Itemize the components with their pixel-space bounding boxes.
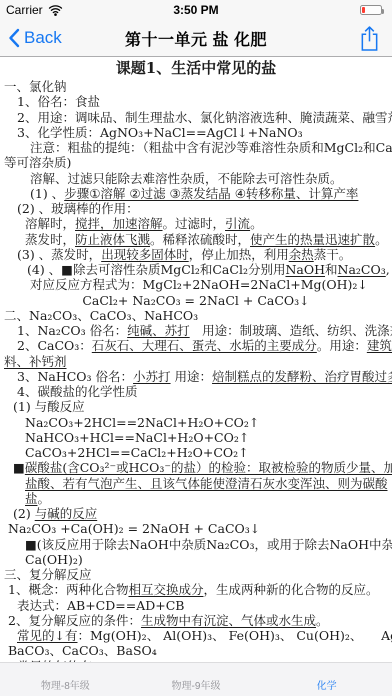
- doc-line: ■碳酸盐(含CO₃²⁻或HCO₃⁻的盐）的检验：取被检验的物质少量、加入稀: [0, 460, 392, 475]
- nav-bar: Back 第十一单元 盐 化肥: [0, 20, 392, 57]
- doc-line: Na₂CO₃ +Ca(OH)₂ = 2NaOH + CaCO₃↓: [0, 521, 392, 536]
- share-button[interactable]: [359, 20, 380, 56]
- tab-chemistry[interactable]: 化学: [261, 663, 392, 696]
- doc-line: 1、概念：两种化合物相互交换成分，生成两种新的化合物的反应。: [0, 582, 392, 597]
- doc-line: 等可溶杂质): [0, 155, 392, 170]
- doc-line: (4) 、■除去可溶性杂质MgCl₂和CaCl₂分别用NaOH和Na₂CO₃,: [0, 262, 392, 277]
- doc-line: (2) 、玻璃棒的作用：: [0, 201, 392, 216]
- status-bar: Carrier 3:50 PM: [0, 0, 392, 20]
- back-button[interactable]: Back: [8, 20, 62, 56]
- doc-line: 料、补钙剂: [0, 354, 392, 369]
- tab-physics-grade8[interactable]: 物理-8年级: [0, 663, 131, 696]
- doc-line: 一、氯化钠: [0, 79, 392, 94]
- doc-line: 常见的↓有：Mg(OH)₂、 Al(OH)₃、 Fe(OH)₃、 Cu(OH)₂…: [0, 628, 392, 643]
- tab-label: 化学: [317, 677, 337, 692]
- doc-line: 表达式：AB+CD==AD+CB: [0, 598, 392, 613]
- doc-line: 二、Na₂CO₃、CaCO₃、NaHCO₃: [0, 308, 392, 323]
- chevron-left-icon: [8, 28, 20, 48]
- doc-line: Na₂CO₃+2HCl==2NaCl+H₂O+CO₂↑: [0, 415, 392, 430]
- battery-level: [362, 7, 365, 13]
- tab-bar: 物理-8年级 物理-9年级 化学: [0, 662, 392, 696]
- doc-line: 1、俗名：食盐: [0, 94, 392, 109]
- document-body: 一、氯化钠1、俗名：食盐2、用途：调味品、制生理盐水、氯化钠溶液选种、腌渍蔬菜、…: [0, 79, 392, 662]
- doc-line: CaCO₃+2HCl==CaCl₂+H₂O+CO₂↑: [0, 445, 392, 460]
- doc-line: CaCl₂+ Na₂CO₃ = 2NaCl + CaCO₃↓: [0, 293, 392, 308]
- battery-icon: [360, 5, 382, 15]
- doc-line: 溶解时，搅拌，加速溶解。过滤时，引流。: [0, 216, 392, 231]
- doc-line: ■(该反应用于除去NaOH中杂质Na₂CO₃，或用于除去NaOH中杂质: [0, 537, 392, 552]
- doc-line: (3) 、蒸发时，出现较多固体时，停止加热，利用余热蒸干。: [0, 247, 392, 262]
- doc-line: 3、NaHCO₃ 俗名：小苏打 用途：焙制糕点的发酵粉、治疗胃酸过多: [0, 369, 392, 384]
- doc-line: 对应反应方程式为：MgCl₂+2NaOH=2NaCl+Mg(OH)₂↓: [0, 277, 392, 292]
- doc-line: NaHCO₃+HCl==NaCl+H₂O+CO₂↑: [0, 430, 392, 445]
- tab-label: 物理-9年级: [172, 677, 221, 692]
- doc-line: BaCO₃、CaCO₃、BaSO₄: [0, 643, 392, 658]
- clock: 3:50 PM: [0, 3, 392, 17]
- doc-line: 2、CaCO₃：石灰石、大理石、蛋壳、水垢的主要成分。用途：建筑材: [0, 338, 392, 353]
- app-screen: Carrier 3:50 PM Back 第十一单元 盐 化肥: [0, 0, 392, 696]
- doc-line: 三、复分解反应: [0, 567, 392, 582]
- doc-line: 2、复分解反应的条件：生成物中有沉淀、气体或水生成。: [0, 613, 392, 628]
- doc-line: 3、化学性质：AgNO₃+NaCl==AgCl↓+NaNO₃: [0, 125, 392, 140]
- doc-line: (1) 与酸反应: [0, 399, 392, 414]
- doc-line: (2) 与碱的反应: [0, 506, 392, 521]
- doc-line: 注意：粗盐的提纯：（粗盐中含有泥沙等难溶性杂质和MgCl₂和CaCl₂: [0, 140, 392, 155]
- doc-line: 盐酸、若有气泡产生、且该气体能使澄清石灰水变浑浊、则为碳酸: [0, 476, 392, 491]
- page-title: 第十一单元 盐 化肥: [60, 20, 332, 56]
- doc-line: (1) 、步骤①溶解 ②过滤 ③蒸发结晶 ④转移称量、计算产率: [0, 186, 392, 201]
- document-title: 课题1、生活中常见的盐: [0, 57, 392, 79]
- back-button-label: Back: [24, 28, 62, 48]
- doc-line: 2、用途：调味品、制生理盐水、氯化钠溶液选种、腌渍蔬菜、融雪剂: [0, 110, 392, 125]
- doc-line: 溶解、过滤只能除去难溶性杂质，不能除去可溶性杂质。: [0, 171, 392, 186]
- share-icon: [359, 25, 380, 52]
- document-scroll-area[interactable]: 课题1、生活中常见的盐 一、氯化钠1、俗名：食盐2、用途：调味品、制生理盐水、氯…: [0, 57, 392, 662]
- tab-label: 物理-8年级: [41, 677, 90, 692]
- doc-line: 盐。: [0, 491, 392, 506]
- tab-physics-grade9[interactable]: 物理-9年级: [131, 663, 262, 696]
- doc-line: 蒸发时，防止液体飞溅。稀释浓硫酸时，使产生的热量迅速扩散。: [0, 232, 392, 247]
- doc-line: Ca(OH)₂): [0, 552, 392, 567]
- doc-line: 1、Na₂CO₃ 俗名：纯碱、苏打 用途：制玻璃、造纸、纺织、洗涤剂: [0, 323, 392, 338]
- doc-line: 4、碳酸盐的化学性质: [0, 384, 392, 399]
